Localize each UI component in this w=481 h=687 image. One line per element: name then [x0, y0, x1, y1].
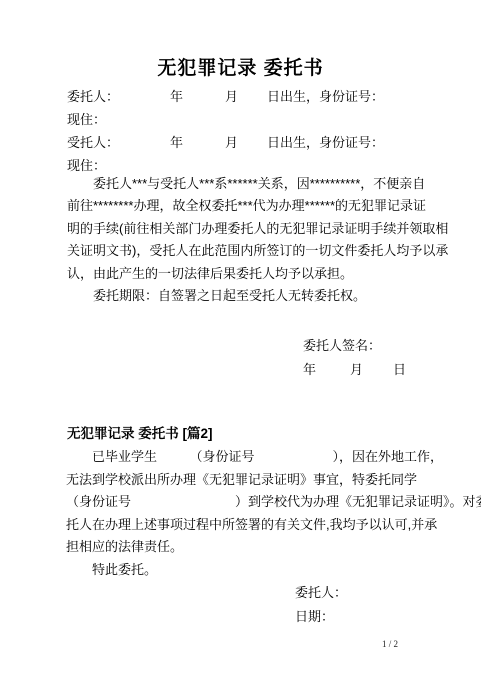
address-label: 现住： — [67, 109, 106, 128]
birth-month-label: 月 — [225, 132, 238, 151]
principal-label: 委托人： — [295, 581, 347, 605]
principal-label: 委托人： — [67, 86, 119, 105]
closing-line: 特此委托。 — [66, 559, 422, 582]
birth-year-label: 年 — [170, 86, 183, 105]
party-info-block: 委托人： 年 月 日出生，身份证号： 现住： 受托人： 年 月 日出生，身份证号… — [67, 86, 419, 178]
document-title: 无犯罪记录 委托书 — [0, 53, 481, 80]
body-line: 明的手续(前往相关部门办理委托人的无犯罪记录证明手续并领取相 — [67, 218, 419, 240]
body-line: 无法到学校派出所办理《无犯罪记录证明》事宜，特委托同学 — [66, 469, 422, 492]
body-line: 担相应的法律责任。 — [66, 536, 422, 559]
page-indicator: 1 / 2 — [382, 639, 398, 649]
birth-day-id-label: 日出生，身份证号： — [267, 86, 384, 105]
principal-sign-label: 委托人签名： — [303, 335, 381, 354]
date-label: 日期： — [295, 605, 347, 629]
address-label: 现住： — [67, 155, 106, 174]
document-page: 无犯罪记录 委托书 委托人： 年 月 日出生，身份证号： 现住： 受托人： 年 … — [0, 0, 481, 687]
signature-block-1: 委托人签名： 年 月 日 — [67, 335, 419, 383]
birth-day-id-label: 日出生，身份证号： — [267, 132, 384, 151]
authorization-term-line: 委托期限：自签署之日起至受托人无转委托权。 — [67, 285, 419, 307]
sign-month-label: 月 — [350, 359, 363, 378]
birth-year-label: 年 — [170, 132, 183, 151]
section2-heading: 无犯罪记录 委托书 [篇2] — [67, 422, 213, 442]
trustee-label: 受托人： — [67, 132, 119, 151]
signature-date-row: 年 月 日 — [67, 359, 419, 383]
section2-body: 已毕业学生 （身份证号 ），因在外地工作， 无法到学校派出所办理《无犯罪记录证明… — [66, 446, 422, 581]
body-line: 认，由此产生的一切法律后果委托人均予以承担。 — [67, 263, 419, 285]
sign-year-label: 年 — [303, 359, 316, 378]
body-line: 委托人***与受托人***系******关系，因**********，不便亲自 — [67, 173, 419, 195]
body-line: 前往********办理，故全权委托***代为办理******的无犯罪记录证 — [67, 195, 419, 217]
birth-month-label: 月 — [225, 86, 238, 105]
body-line: 托人在办理上述事项过程中所签署的有关文件,我均予以认可,并承 — [66, 514, 422, 537]
sign-day-label: 日 — [393, 359, 406, 378]
principal-address-row: 现住： — [67, 109, 419, 132]
body-line: 关证明文书)，受托人在此范围内所签订的一切文件委托人均予以承 — [67, 240, 419, 262]
body-line: （身份证号 ）到学校代为办理《无犯罪记录证明》。对委 — [66, 491, 422, 514]
signature-label-row: 委托人签名： — [67, 335, 419, 359]
signature-block-2: 委托人： 日期： — [295, 581, 347, 629]
authorization-body: 委托人***与受托人***系******关系，因**********，不便亲自 … — [67, 173, 419, 307]
principal-row: 委托人： 年 月 日出生，身份证号： — [67, 86, 419, 109]
trustee-row: 受托人： 年 月 日出生，身份证号： — [67, 132, 419, 155]
body-line: 已毕业学生 （身份证号 ），因在外地工作， — [66, 446, 422, 469]
